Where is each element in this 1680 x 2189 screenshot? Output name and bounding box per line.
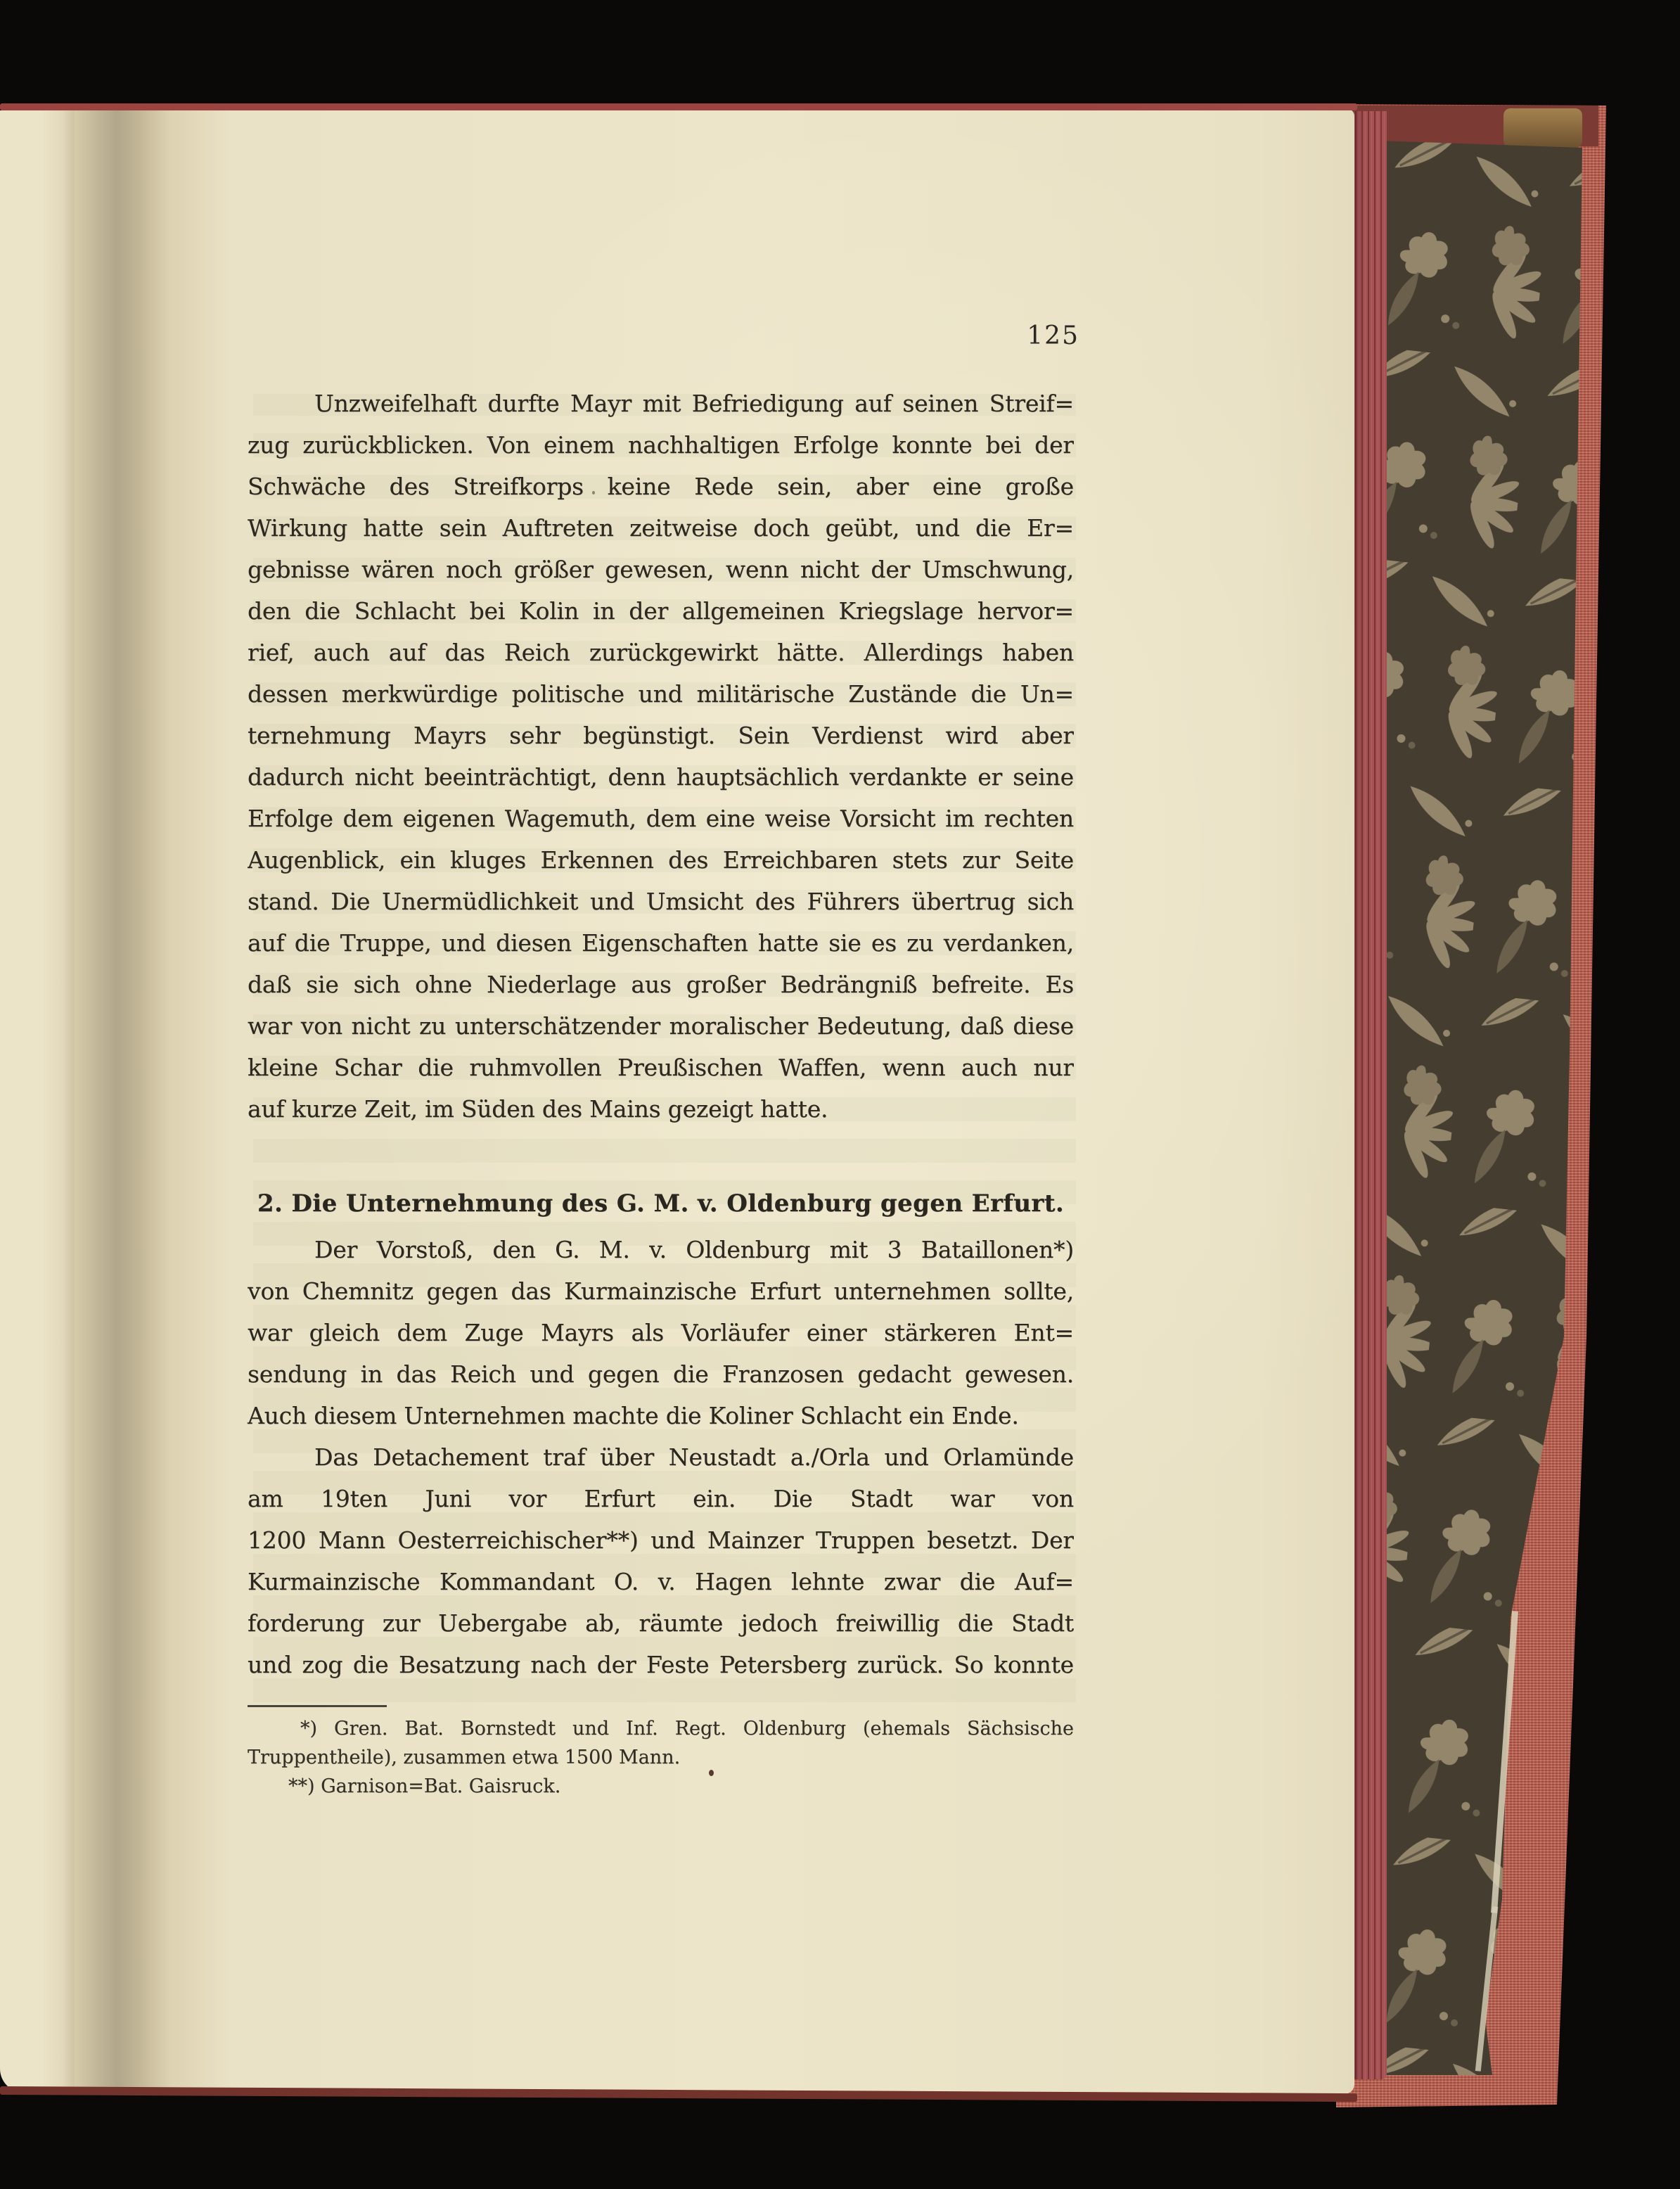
text-line: Das Detachement traf über Neustadt a./Or… <box>248 1436 1074 1478</box>
section-heading: 2. Die Unternehmung des G. M. v. Oldenbu… <box>248 1186 1074 1221</box>
text-line: von Chemnitz gegen das Kurmainzische Erf… <box>248 1270 1074 1312</box>
text-line: den die Schlacht bei Kolin in der allgem… <box>248 590 1074 632</box>
text-line: Kurmainzische Kommandant O. v. Hagen leh… <box>248 1561 1074 1602</box>
text-line: kleine Schar die ruhmvollen Preußischen … <box>248 1047 1074 1088</box>
footnote-line: Truppentheile), zusammen etwa 1500 Mann. <box>248 1743 1074 1772</box>
text-line: dadurch nicht beeinträchtigt, denn haupt… <box>248 756 1074 798</box>
page-number: 125 <box>248 322 1079 350</box>
text-line: sendung in das Reich und gegen die Franz… <box>248 1353 1074 1395</box>
text-line: und zog die Besatzung nach der Feste Pet… <box>248 1644 1074 1685</box>
text-line: 1200 Mann Oesterreichischer**) und Mainz… <box>248 1519 1074 1561</box>
text-line: Erfolge dem eigenen Wagemuth, dem eine w… <box>248 798 1074 839</box>
footnote-line: *) Gren. Bat. Bornstedt und Inf. Regt. O… <box>248 1714 1074 1743</box>
text-line: auf die Truppe, und diesen Eigenschaften… <box>248 922 1074 964</box>
text-line: daß sie sich ohne Niederlage aus großer … <box>248 964 1074 1005</box>
text-line: gebnisse wären noch größer gewesen, wenn… <box>248 549 1074 590</box>
paragraph: Das Detachement traf über Neustadt a./Or… <box>248 1436 1074 1685</box>
paragraph: Der Vorstoß, den G. M. v. Oldenburg mit … <box>248 1229 1074 1436</box>
text-line: Schwäche des Streifkorps keine Rede sein… <box>248 466 1074 507</box>
text-line: dessen merkwürdige politische und militä… <box>248 673 1074 715</box>
text-line: ternehmung Mayrs sehr begünstigt. Sein V… <box>248 715 1074 756</box>
photo-background: { "colors": { "background": "#0a0908", "… <box>0 0 1680 2189</box>
text-line: Der Vorstoß, den G. M. v. Oldenburg mit … <box>248 1229 1074 1270</box>
text-line: rief, auch auf das Reich zurückgewirkt h… <box>248 632 1074 673</box>
text-line: forderung zur Uebergabe ab, räumte jedoc… <box>248 1602 1074 1644</box>
paragraph: Unzweifelhaft durfte Mayr mit Befriedigu… <box>248 383 1074 1130</box>
text-line: Auch diesem Unternehmen machte die Kolin… <box>248 1395 1074 1436</box>
text-line: stand. Die Unermüdlichkeit und Umsicht d… <box>248 881 1074 922</box>
text-line: zug zurückblicken. Von einem nachhaltige… <box>248 424 1074 466</box>
text-line: am 19ten Juni vor Erfurt ein. Die Stadt … <box>248 1478 1074 1519</box>
footnotes: *) Gren. Bat. Bornstedt und Inf. Regt. O… <box>248 1714 1074 1801</box>
text-line: Unzweifelhaft durfte Mayr mit Befriedigu… <box>248 383 1074 424</box>
text-line: Augenblick, ein kluges Erkennen des Erre… <box>248 839 1074 881</box>
text-line: war von nicht zu unterschätzender morali… <box>248 1005 1074 1047</box>
footnote-line: **) Garnison=Bat. Gaisruck. <box>248 1772 1074 1801</box>
text-line: war gleich dem Zuge Mayrs als Vorläufer … <box>248 1312 1074 1353</box>
printed-text-layer: 125 Unzweifelhaft durfte Mayr mit Befrie… <box>0 0 1680 2189</box>
footnote-separator-rule <box>248 1705 387 1707</box>
text-line: auf kurze Zeit, im Süden des Mains gezei… <box>248 1088 1074 1130</box>
text-line: Wirkung hatte sein Auftreten zeitweise d… <box>248 507 1074 549</box>
